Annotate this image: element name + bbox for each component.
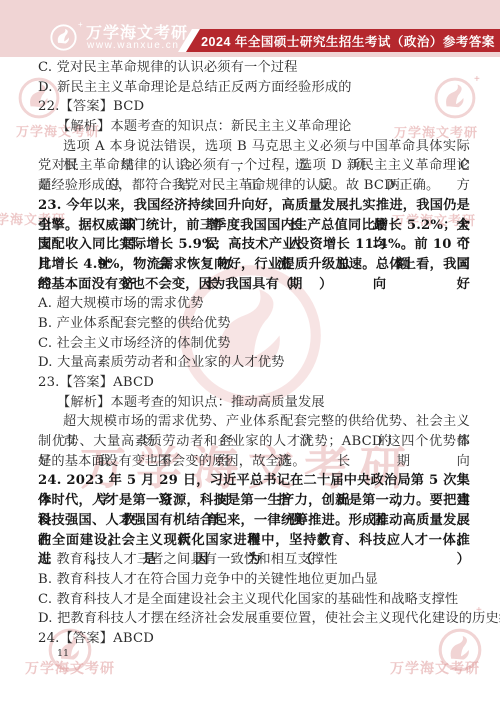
page-header: + 万学海文考研 www.wanxue.cn 2024 年全国硕士研究生招生考试… bbox=[0, 0, 500, 57]
document-line: 23.【答案】ABCD bbox=[0, 373, 500, 393]
logo-plus-mark: + bbox=[78, 20, 83, 29]
document-line: 选项 A 本身说法错误，选项 B 马克思主义必须与中国革命具体实际相结合，选项 … bbox=[0, 137, 500, 157]
watermark-text: 万学海文考研 bbox=[25, 658, 115, 678]
document-line: A. 超大规模市场的需求优势 bbox=[0, 294, 500, 314]
exam-answer-page: { "header": { "logo_title": "万学海文考研", "l… bbox=[0, 0, 500, 707]
document-line: 在全面建设社会主义现代化国家进程中，坚持教育、科技、人才一体推进。是因为（ ） bbox=[0, 531, 500, 551]
document-line: 今时代，人才是第一资源，科技是第一生产力，创新是第一动力。要把建设教育强国、 bbox=[0, 491, 500, 511]
document-line: 面经验形成的，都符合我党对民主革命规律的认识。故 BCD 正确。 bbox=[0, 176, 500, 196]
document-line: 比增长 4.9%，物流需求恢复向好，行业提质升级加速。总体上看，我国经济长期向好 bbox=[0, 255, 500, 275]
document-line: C. 党对民主革命规律的认识必须有一个过程 bbox=[0, 58, 500, 78]
document-line: 好的基本面没有变也不会变的原因，故全选。 bbox=[0, 452, 500, 472]
document-line: D. 把教育科技人才摆在经济社会发展重要位置，使社会主义现代化建设的历史经验 bbox=[0, 609, 500, 629]
document-line: C. 社会主义市场经济的体制优势 bbox=[0, 334, 500, 354]
document-line: 党对民主革命规律的认识必须有一个过程，选项 D 新民主主义革命理论是总结正反两方 bbox=[0, 156, 500, 176]
page-number: 11 bbox=[57, 648, 69, 659]
document-line: 24.【答案】ABCD bbox=[0, 629, 500, 649]
document-line: 科技强国、人才强国有机结合起来，一律统筹推进。形成推动高质量发展的。新增效应。 bbox=[0, 511, 500, 531]
document-line: D. 大量高素质劳动者和企业家的人才优势 bbox=[0, 353, 500, 373]
document-line: 超大规模市场的需求优势、产业体系配套完整的供给优势、社会主义市场经济的体 bbox=[0, 412, 500, 432]
document-title: 2024 年全国硕士研究生招生考试（政治）参考答案 bbox=[191, 32, 495, 50]
document-line: 的基本面没有变也不会变，因为我国具有（ ） bbox=[0, 275, 500, 295]
document-line: 22.【答案】BCD bbox=[0, 97, 500, 117]
document-line: D. 新民主主义革命理论是总结正反两方面经验形成的 bbox=[0, 78, 500, 98]
document-line: A. 教育科技人才三者之间具有一致性和相互支撑性 bbox=[0, 550, 500, 570]
document-line: 【解析】本题考查的知识点：新民主主义革命理论 bbox=[0, 117, 500, 137]
document-line: 支配收入同比实际增长 5.9%；高技术产业投资增长 11.4%。前 10 个月社… bbox=[0, 235, 500, 255]
document-line: 【解析】本题考查的知识点：推动高质量发展 bbox=[0, 393, 500, 413]
document-line: B. 产业体系配套完整的供给优势 bbox=[0, 314, 500, 334]
document-line: C. 教育科技人才是全面建设社会主义现代化国家的基础性和战略支撑性 bbox=[0, 590, 500, 610]
document-content: C. 党对民主革命规律的认识必须有一个过程D. 新民主主义革命理论是总结正反两方… bbox=[0, 58, 500, 649]
document-line: B. 教育科技人才在符合国力竞争中的关键性地位更加凸显 bbox=[0, 570, 500, 590]
document-line: 制优势、大量高素质劳动者和企业家的人才优势；ABCD 这四个优势都是我国经济长期… bbox=[0, 432, 500, 452]
document-line: 24. 2023 年 5 月 29 日，习近平总书记在二十届中央政治局第 5 次… bbox=[0, 471, 500, 491]
title-banner: 2024 年全国硕士研究生招生考试（政治）参考答案 bbox=[186, 29, 500, 52]
document-line: 23. 今年以来，我国经济持续回升向好，高质量发展扎实推进，我国仍是全球增长最大 bbox=[0, 196, 500, 216]
document-line: 引擎。据权威部门统计，前三季度我国国内生产总值同比增长 5.2%；全国居民人均可 bbox=[0, 216, 500, 236]
swan-logo-icon bbox=[50, 24, 77, 51]
brand-website: www.wanxue.cn bbox=[87, 40, 180, 51]
watermark-text: 万学海文考研 bbox=[390, 658, 480, 678]
